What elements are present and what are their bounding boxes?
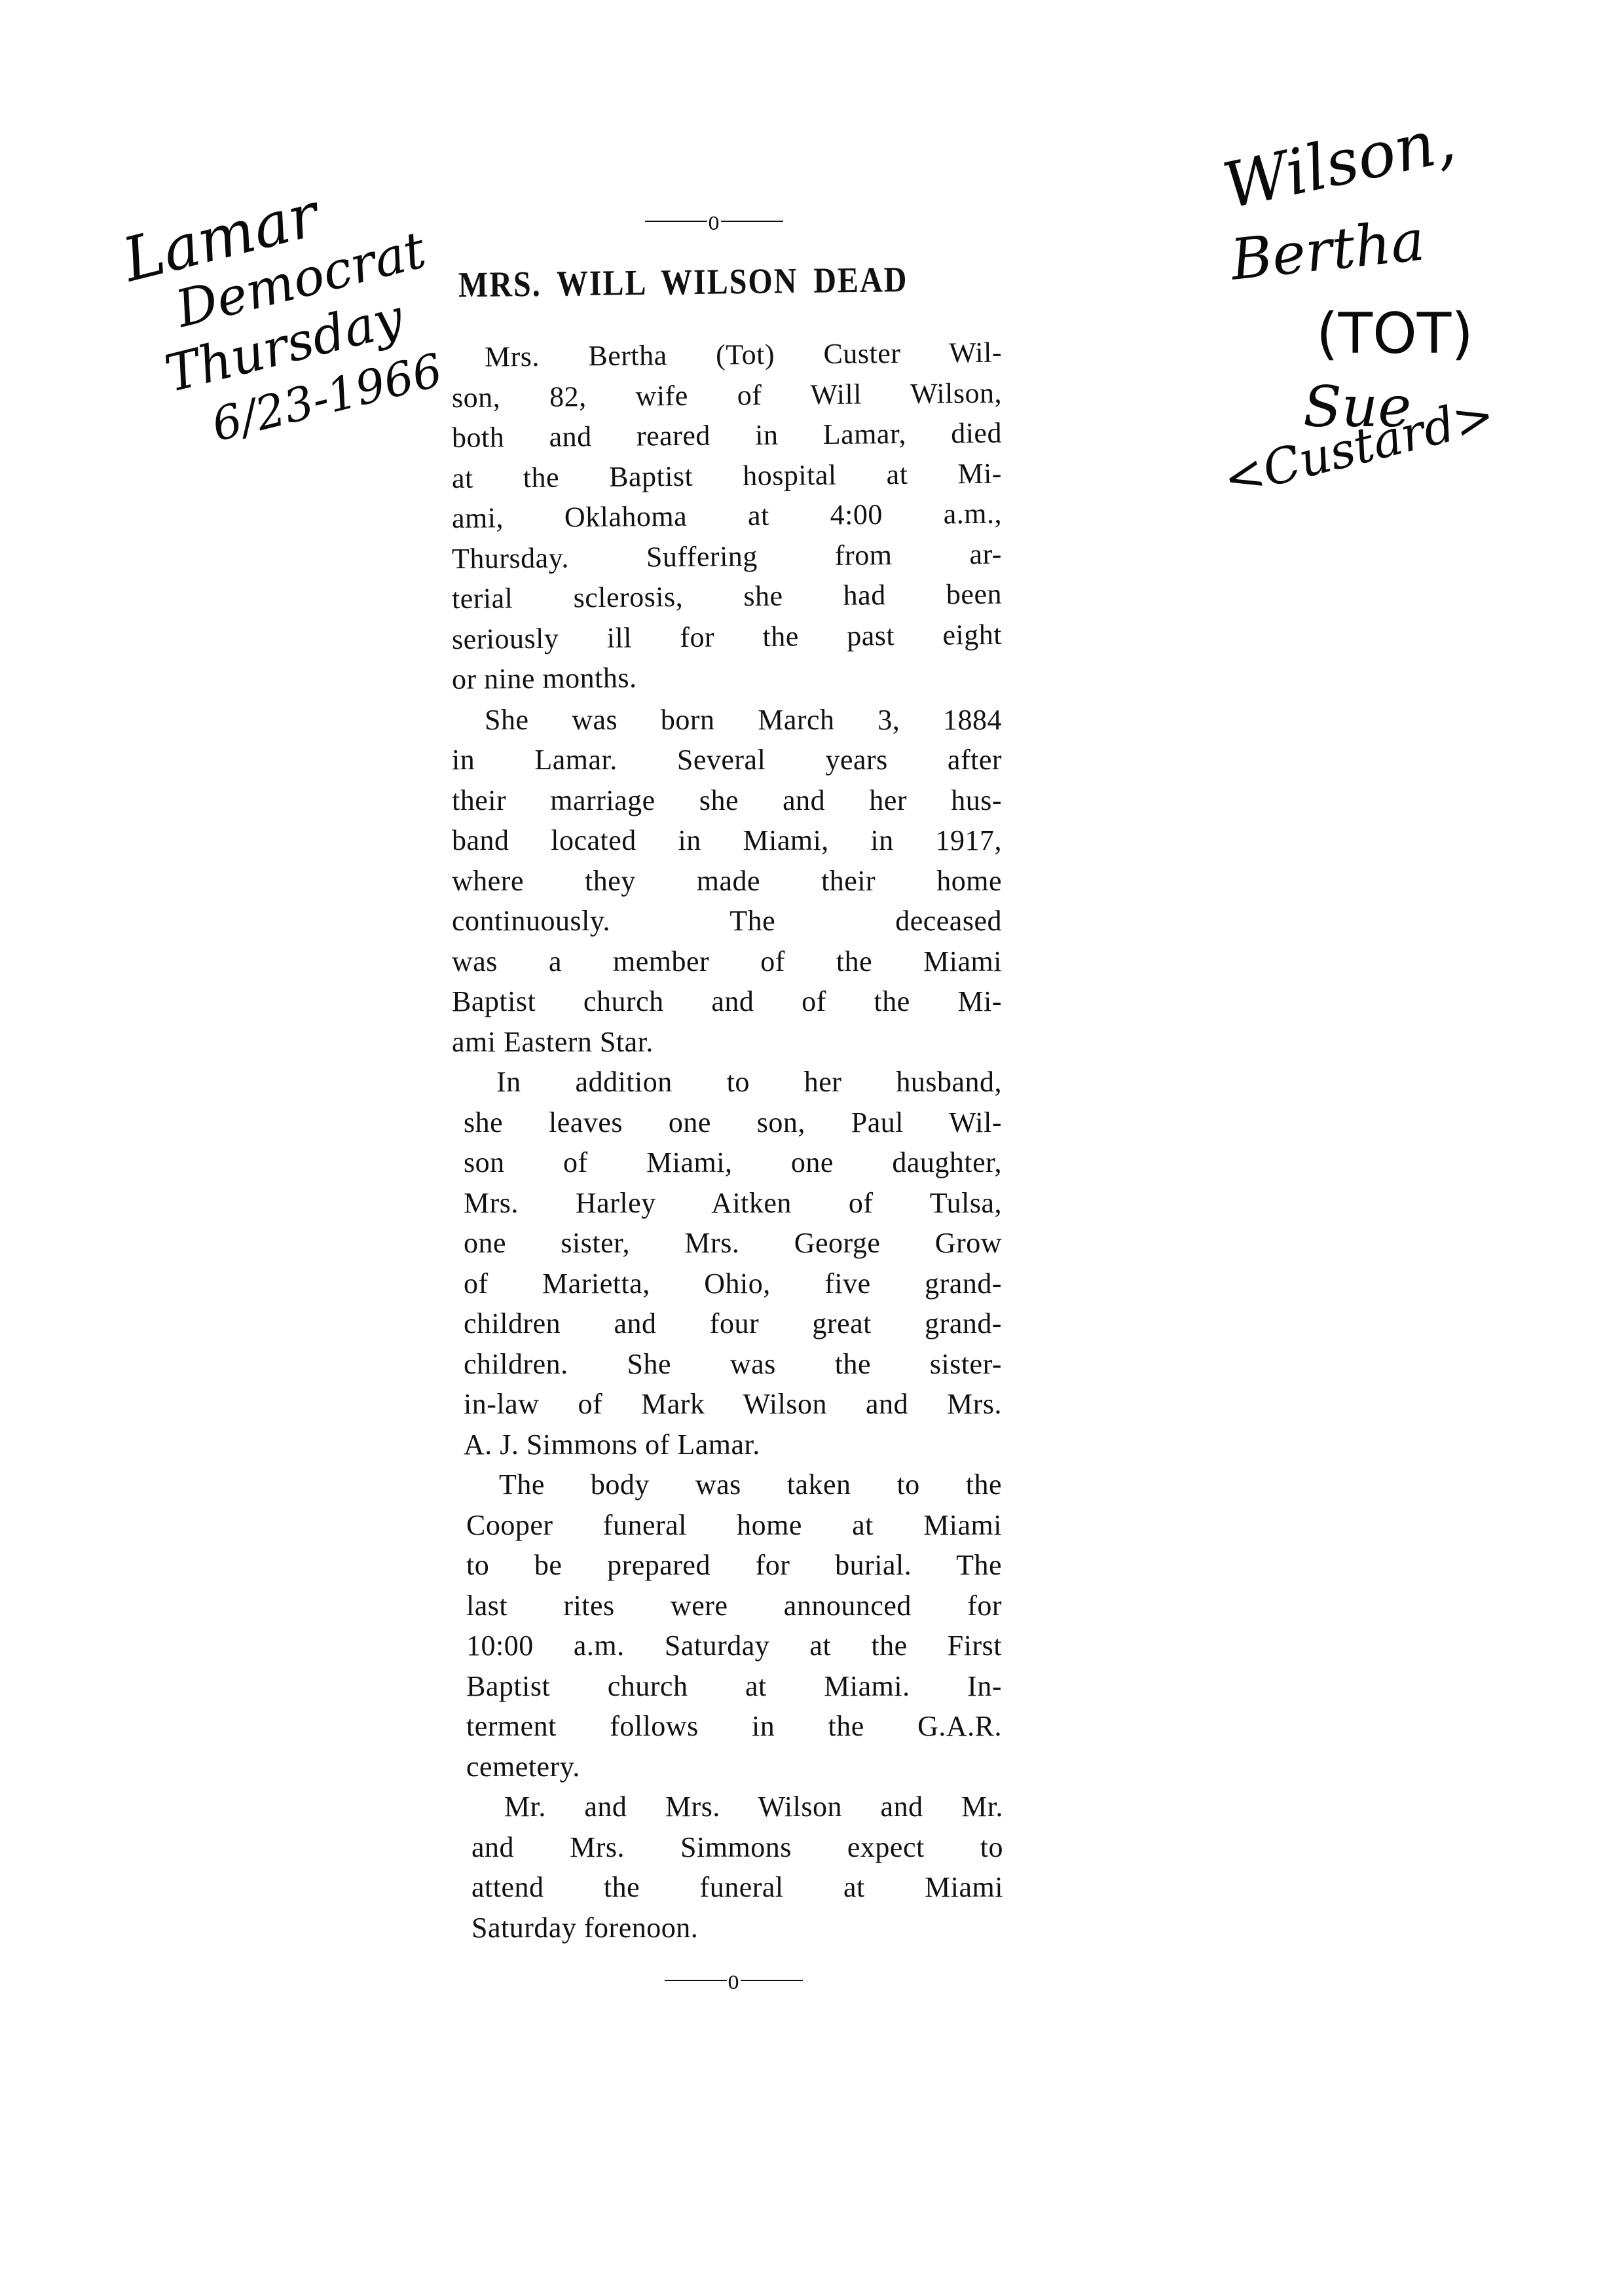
obituary-clipping: o MRS. WILL WILSON DEAD Mrs. Bertha (Tot… — [452, 196, 1002, 1994]
text-line: attend the funeral at Miami — [471, 1867, 1003, 1908]
text-line: son, 82, wife of Will Wilson, — [452, 373, 1003, 418]
text-line: at the Baptist hospital at Mi- — [452, 453, 1003, 498]
text-line: to be prepared for burial. The — [466, 1545, 1002, 1586]
text-line: terial sclerosis, she had been — [452, 574, 1003, 619]
text-line: Thursday. Suffering from ar- — [452, 534, 1003, 579]
text-line: ami, Oklahoma at 4:00 a.m., — [452, 494, 1003, 539]
text-line: or nine months. — [452, 655, 1003, 700]
divider-rule — [741, 1980, 803, 1981]
section-divider: o — [622, 208, 805, 234]
text-line: children. She was the sister- — [464, 1344, 1002, 1385]
text-line: Baptist church and of the Mi- — [452, 981, 1002, 1022]
paragraph: In addition to her husband, she leaves o… — [464, 1062, 1002, 1465]
divider-rule — [645, 221, 707, 222]
text-line: cemetery. — [466, 1747, 1002, 1787]
text-line: She was born March 3, 1884 — [452, 700, 1002, 740]
text-line: seriously ill for the past eight — [452, 614, 1003, 659]
divider-rule — [665, 1980, 727, 1981]
text-line: where they made their home — [452, 861, 1002, 902]
text-line: Mrs. Harley Aitken of Tulsa, — [464, 1183, 1002, 1224]
section-divider: o — [642, 1967, 825, 1994]
handwritten-source-note: Lamar Democrat Thursday 6/23-1966 — [105, 153, 511, 541]
text-line: In addition to her husband, — [464, 1062, 1002, 1102]
text-line: ami Eastern Star. — [452, 1022, 1002, 1063]
handwritten-name-note: Wilson, Bertha (TOT) Sue <Custard> — [1205, 151, 1572, 596]
divider-ornament: o — [728, 1967, 739, 1995]
divider-rule — [721, 221, 783, 222]
text-line: Cooper funeral home at Miami — [466, 1505, 1002, 1546]
text-line: last rites were announced for — [466, 1586, 1002, 1626]
text-line: The body was taken to the — [466, 1465, 1002, 1505]
paragraph: The body was taken to the Cooper funeral… — [466, 1465, 1002, 1787]
text-line: their marriage she and her hus- — [452, 780, 1002, 821]
text-line: one sister, Mrs. George Grow — [464, 1223, 1002, 1264]
paragraph: Mr. and Mrs. Wilson and Mr. and Mrs. Sim… — [471, 1787, 1003, 1948]
text-line: A. J. Simmons of Lamar. — [464, 1425, 1002, 1465]
note-line: (TOT) — [1316, 297, 1572, 371]
scanned-page: Lamar Democrat Thursday 6/23-1966 Wilson… — [0, 0, 1624, 2296]
text-line: she leaves one son, Paul Wil- — [464, 1102, 1002, 1143]
text-line: of Marietta, Ohio, five grand- — [464, 1264, 1002, 1304]
text-line: children and four great grand- — [464, 1303, 1002, 1344]
text-line: Mrs. Bertha (Tot) Custer Wil- — [452, 333, 1003, 378]
text-line: and Mrs. Simmons expect to — [471, 1827, 1003, 1868]
text-line: Mr. and Mrs. Wilson and Mr. — [471, 1787, 1003, 1827]
text-line: in-law of Mark Wilson and Mrs. — [464, 1384, 1002, 1425]
article-headline: MRS. WILL WILSON DEAD — [458, 258, 1003, 306]
text-line: band located in Miami, in 1917, — [452, 820, 1002, 861]
text-line: Saturday forenoon. — [471, 1908, 1003, 1948]
text-line: continuously. The deceased — [452, 901, 1002, 941]
paragraph: She was born March 3, 1884 in Lamar. Sev… — [452, 700, 1002, 1063]
text-line: both and reared in Lamar, died — [452, 413, 1003, 458]
text-line: 10:00 a.m. Saturday at the First — [466, 1626, 1002, 1666]
text-line: son of Miami, one daughter, — [464, 1142, 1002, 1183]
text-line: in Lamar. Several years after — [452, 740, 1002, 780]
divider-ornament: o — [709, 208, 720, 236]
text-line: Baptist church at Miami. In- — [466, 1666, 1002, 1707]
text-line: was a member of the Miami — [452, 941, 1002, 982]
paragraph: Mrs. Bertha (Tot) Custer Wil- son, 82, w… — [452, 337, 1002, 700]
article-body: Mrs. Bertha (Tot) Custer Wil- son, 82, w… — [452, 337, 1002, 1948]
text-line: terment follows in the G.A.R. — [466, 1706, 1002, 1747]
